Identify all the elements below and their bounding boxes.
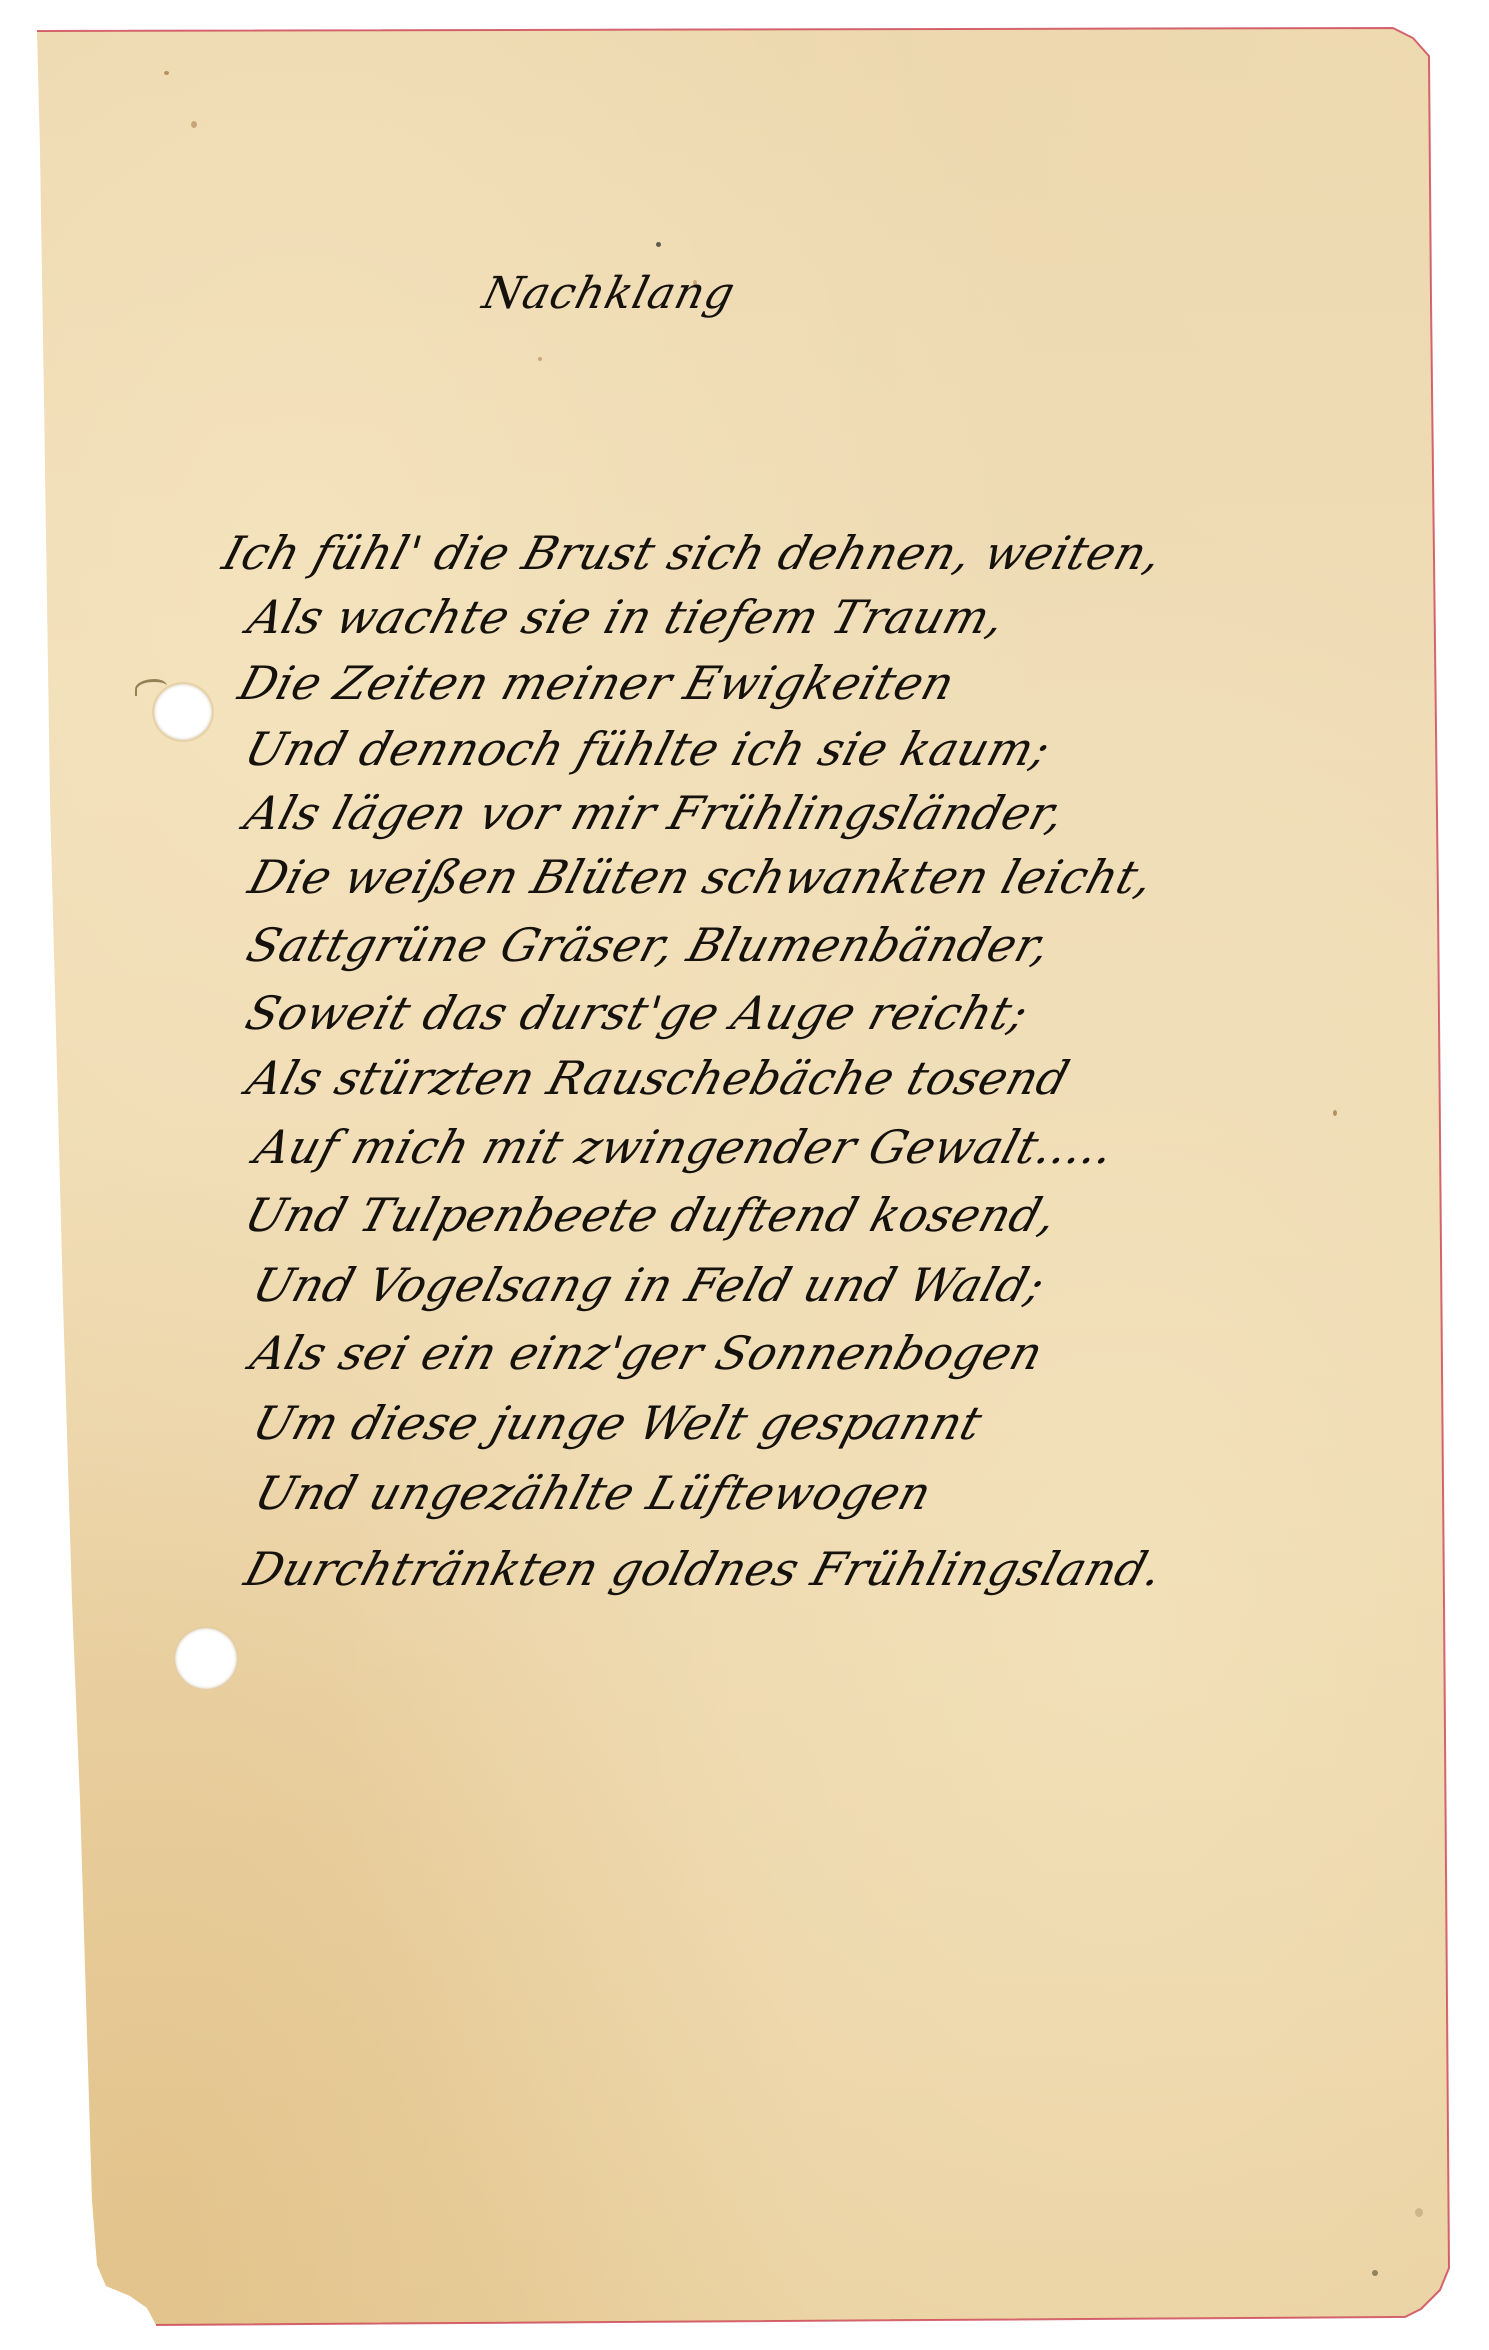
poem-line: Sattgrüne Gräser, Blumenbänder, bbox=[242, 922, 1056, 968]
poem-line: Durchtränkten goldnes Frühlingsland. bbox=[240, 1546, 1168, 1592]
poem-line: Und ungezählte Lüftewogen bbox=[250, 1470, 937, 1516]
poem-line: Als wachte sie in tiefem Traum, bbox=[243, 594, 1010, 640]
poem-line: Als stürzten Rauschebäche tosend bbox=[242, 1055, 1074, 1101]
poem-line: Die weißen Blüten schwankten leicht, bbox=[244, 854, 1159, 900]
manuscript-page: Nachklang Ich fühl' die Brust sich dehne… bbox=[0, 0, 1489, 2350]
poem-line: Soweit das durst'ge Auge reicht; bbox=[241, 990, 1033, 1036]
poem-line: Und Vogelsang in Feld und Wald; bbox=[248, 1262, 1050, 1308]
poem-line: Als lägen vor mir Frühlingsländer, bbox=[240, 790, 1070, 836]
poem-line: Und dennoch fühlte ich sie kaum; bbox=[240, 726, 1056, 772]
poem-line: Ich fühl' die Brust sich dehnen, weiten, bbox=[218, 530, 1167, 576]
poem-line: Auf mich mit zwingender Gewalt..... bbox=[250, 1124, 1120, 1170]
poem-line: Und Tulpenbeete duftend kosend, bbox=[240, 1192, 1062, 1238]
poem-line: Als sei ein einz'ger Sonnenbogen bbox=[246, 1330, 1048, 1376]
poem-line: Um diese junge Welt gespannt bbox=[248, 1400, 987, 1446]
poem-body: Ich fühl' die Brust sich dehnen, weiten,… bbox=[0, 0, 1489, 2350]
poem-line: Die Zeiten meiner Ewigkeiten bbox=[234, 660, 960, 706]
